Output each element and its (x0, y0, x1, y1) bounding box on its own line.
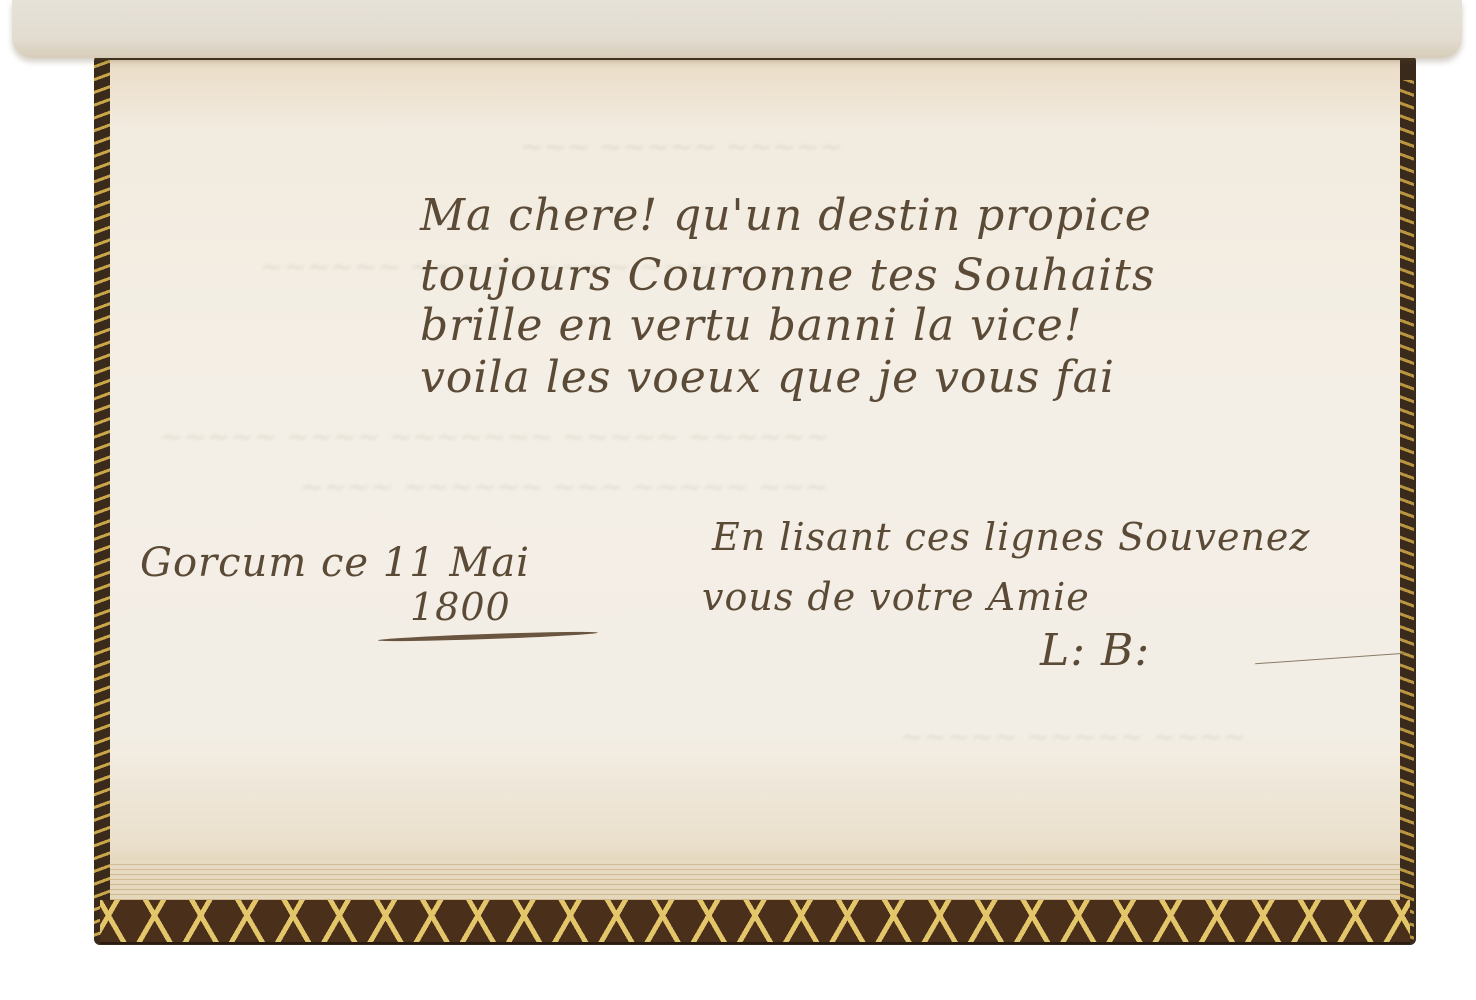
poem-line: toujours Couronne tes Souhaits (420, 250, 1155, 301)
gilt-border-right (1400, 80, 1414, 940)
poem-line: brille en vertu banni la vice! (420, 300, 1082, 351)
year: 1800 (410, 585, 511, 629)
poem-line: voila les voeux que je vous fai (420, 352, 1115, 403)
closing-line-2: vous de votre Amie (702, 575, 1090, 619)
closing-line-1: En lisant ces lignes Souvenez (712, 515, 1310, 559)
gilt-border-bottom (100, 900, 1410, 944)
poem-line: Ma chere! qu'un destin propice (420, 190, 1152, 241)
page-edges (110, 860, 1400, 905)
gilt-border-left (94, 60, 110, 940)
signature: L: B: (1040, 625, 1150, 676)
place-date: Gorcum ce 11 Mai (140, 540, 530, 586)
turned-page (12, 0, 1462, 58)
